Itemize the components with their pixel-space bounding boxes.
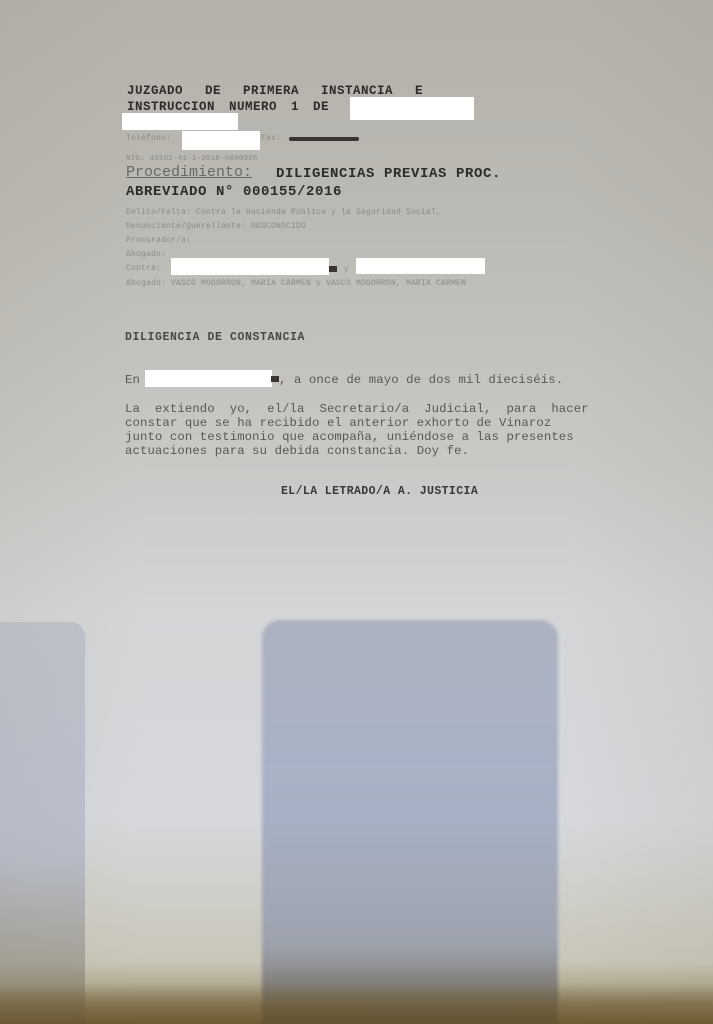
date-prefix: En bbox=[125, 373, 140, 387]
denunciante: Denunciante/Querellante: DESCONOCIDO bbox=[126, 222, 306, 231]
section-title: DILIGENCIA DE CONSTANCIA bbox=[125, 331, 305, 344]
redaction-box bbox=[356, 258, 485, 274]
procedimiento-value-line1: DILIGENCIAS PREVIAS PROC. bbox=[276, 166, 501, 182]
contra-conjunction: y bbox=[344, 265, 349, 274]
paragraph-line-4: actuaciones para su debida constancia. D… bbox=[125, 444, 469, 458]
redaction-box bbox=[122, 113, 238, 130]
court-header-line2: INSTRUCCION NUMERO 1 DE bbox=[127, 100, 329, 114]
fax-label: Fax: bbox=[261, 134, 281, 143]
court-header-line1: JUZGADO DE PRIMERA INSTANCIA E bbox=[127, 84, 423, 98]
redaction-box bbox=[350, 97, 474, 120]
paragraph-line-3: junto con testimonio que acompaña, unién… bbox=[125, 430, 574, 444]
nig-number: NIG: 46102-41-1-2016-0000965 bbox=[126, 155, 258, 163]
ink-smudge bbox=[271, 376, 279, 382]
redaction-box bbox=[182, 131, 260, 150]
redaction-box bbox=[171, 258, 329, 275]
scribble-redaction bbox=[289, 137, 359, 141]
procedimiento-label: Procedimiento: bbox=[126, 164, 252, 181]
telefono-label: Teléfono: bbox=[126, 134, 171, 143]
paragraph-line-2: constar que se ha recibido el anterior e… bbox=[125, 416, 551, 430]
redaction-box bbox=[145, 370, 272, 387]
procurador: Procurador/a: bbox=[126, 236, 191, 245]
delito-falta: Delito/Falta: Contra la Hacienda Pública… bbox=[126, 208, 441, 217]
table-surface bbox=[0, 984, 713, 1024]
contra-label: Contra: bbox=[126, 264, 161, 273]
hand-shadow bbox=[0, 622, 85, 1024]
abogado-1: Abogado: bbox=[126, 250, 166, 259]
signature-block: EL/LA LETRADO/A A. JUSTICIA bbox=[281, 485, 478, 498]
paper-background bbox=[0, 0, 713, 1024]
paragraph-line-1: La extiendo yo, el/la Secretario/a Judic… bbox=[125, 402, 589, 416]
phone-shadow bbox=[262, 620, 558, 1024]
procedimiento-value-line2: ABREVIADO N° 000155/2016 bbox=[126, 184, 342, 200]
abogado-2: Abogado: VASCO MOGORRON, MARIA CARMEN y … bbox=[126, 279, 466, 288]
ink-smudge bbox=[329, 266, 337, 272]
date-text: , a once de mayo de dos mil dieciséis. bbox=[279, 373, 563, 387]
